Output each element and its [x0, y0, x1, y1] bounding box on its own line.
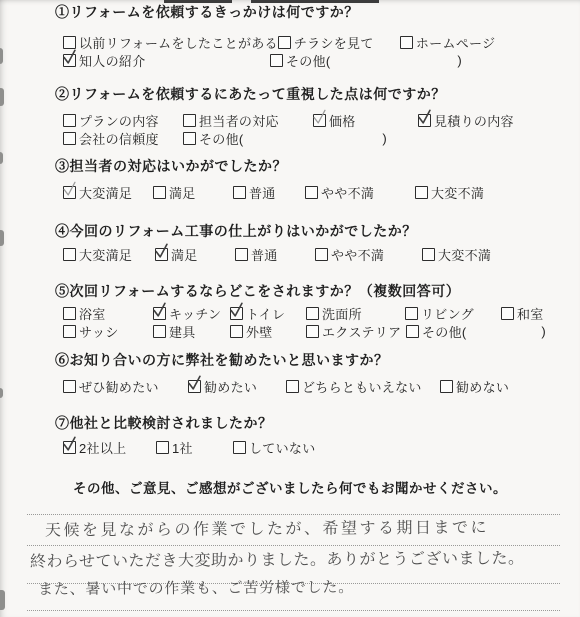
- checkbox-icon[interactable]: [315, 248, 328, 261]
- checkbox-option[interactable]: リビング: [405, 304, 501, 323]
- checkbox-icon[interactable]: [422, 248, 435, 261]
- question-title: ④今回のリフォーム工事の仕上がりはいかがでしたか？: [55, 221, 572, 241]
- checkbox-checked-icon[interactable]: [230, 307, 243, 320]
- checkbox-label: 以前リフォームをしたことがある: [79, 33, 278, 52]
- checkbox-icon[interactable]: [153, 325, 166, 338]
- checkbox-option[interactable]: 以前リフォームをしたことがある: [63, 33, 278, 52]
- checkbox-option[interactable]: 満足: [155, 245, 235, 264]
- question-title-text: 担当者の対応はいかがでしたか？: [70, 158, 288, 174]
- checkbox-option[interactable]: 大変不満: [415, 183, 515, 202]
- checkbox-icon[interactable]: [63, 132, 76, 145]
- options-row: 会社の信頼度その他(): [63, 129, 576, 148]
- checkbox-icon[interactable]: [278, 36, 291, 49]
- checkbox-icon[interactable]: [63, 325, 76, 338]
- checkbox-option[interactable]: サッシ: [63, 322, 153, 341]
- checkmark-icon: [61, 435, 79, 454]
- checkbox-label: 建具: [169, 322, 196, 341]
- checkbox-option[interactable]: 和室: [501, 304, 571, 323]
- handwritten-line: 終わらせていただき大変助かりました。ありがとうございました。: [30, 549, 525, 572]
- ruled-line: [27, 514, 560, 515]
- checkbox-option[interactable]: 担当者の対応: [183, 111, 313, 130]
- scan-artifact: [0, 88, 4, 106]
- options-row: プランの内容担当者の対応価格見積りの内容: [63, 111, 576, 130]
- checkbox-icon[interactable]: [153, 186, 166, 199]
- question-title-text: 次回リフォームするならどこをされますか？（複数回答可）: [70, 283, 461, 299]
- question-title: ⑥お知り合いの方に弊社を勧めたいと思いますか？: [55, 350, 572, 370]
- question-number: ⑥: [55, 352, 70, 368]
- questionnaire-page: ①リフォームを依頼するきっかけは何ですか？以前リフォームをしたことがあるチラシを…: [0, 0, 580, 617]
- checkbox-label: やや不満: [321, 183, 374, 202]
- question-title: ②リフォームを依頼するにあたって重視した点は何ですか？: [55, 84, 572, 104]
- checkbox-label: 満足: [171, 245, 198, 264]
- options-row: 大変満足満足普通やや不満大変不満: [63, 245, 576, 264]
- question-title: ①リフォームを依頼するきっかけは何ですか？: [55, 2, 572, 22]
- checkbox-option[interactable]: 浴室: [63, 304, 153, 323]
- checkbox-icon[interactable]: [233, 441, 246, 454]
- checkbox-label: エクステリア: [322, 322, 401, 341]
- checkbox-checked-icon[interactable]: [63, 186, 76, 199]
- checkbox-label: 大変不満: [431, 183, 484, 202]
- checkbox-icon[interactable]: [306, 325, 319, 338]
- options-row: 以前リフォームをしたことがあるチラシを見てホームページ: [63, 33, 576, 52]
- checkbox-label: 価格: [329, 111, 356, 130]
- checkbox-option[interactable]: その他(): [406, 322, 546, 341]
- scan-artifact: [0, 48, 3, 64]
- checkbox-icon[interactable]: [286, 380, 299, 393]
- checkbox-label: ぜひ勧めたい: [79, 377, 159, 396]
- options-row: サッシ建具外壁エクステリアその他(): [63, 322, 576, 341]
- checkbox-icon[interactable]: [230, 325, 243, 338]
- checkbox-label: リビング: [421, 304, 474, 323]
- question-number: ⑤: [55, 283, 70, 299]
- question-number: ④: [55, 223, 70, 239]
- checkbox-label: 和室: [517, 304, 544, 323]
- checkbox-icon[interactable]: [400, 36, 413, 49]
- checkbox-icon[interactable]: [405, 307, 418, 320]
- checkbox-option[interactable]: 価格: [313, 111, 418, 130]
- checkbox-option[interactable]: キッチン: [153, 304, 230, 323]
- ruled-line: [27, 545, 560, 546]
- checkbox-option[interactable]: 洗面所: [306, 304, 405, 323]
- checkbox-option[interactable]: 大変満足: [63, 245, 155, 264]
- checkbox-option[interactable]: 知人の紹介: [63, 51, 270, 70]
- scan-artifact: [0, 388, 3, 398]
- checkbox-option[interactable]: やや不満: [305, 183, 415, 202]
- checkbox-option[interactable]: どちらともいえない: [286, 377, 440, 396]
- checkbox-icon[interactable]: [63, 307, 76, 320]
- checkbox-label: チラシを見て: [294, 33, 374, 52]
- checkbox-option[interactable]: 大変不満: [422, 245, 522, 264]
- checkbox-option[interactable]: 大変満足: [63, 183, 153, 202]
- checkbox-label: 1社: [172, 438, 193, 457]
- checkmark-icon: [311, 108, 329, 127]
- question-title-text: リフォームを依頼するきっかけは何ですか？: [70, 4, 359, 20]
- checkbox-option[interactable]: 勧めたい: [188, 377, 286, 396]
- checkbox-checked-icon[interactable]: [313, 114, 326, 127]
- question-title-text: 他社と比較検討されましたか？: [70, 415, 273, 431]
- checkbox-label: やや不満: [331, 245, 384, 264]
- checkbox-label: 大変満足: [79, 245, 132, 264]
- checkbox-icon[interactable]: [440, 380, 453, 393]
- checkbox-label: ホームページ: [416, 33, 496, 52]
- checkbox-label: 普通: [251, 245, 278, 264]
- checkbox-label: 担当者の対応: [199, 111, 279, 130]
- checkbox-option[interactable]: 普通: [235, 245, 315, 264]
- checkmark-icon: [61, 180, 79, 199]
- checkbox-option[interactable]: エクステリア: [306, 322, 406, 341]
- close-paren: ): [457, 53, 462, 68]
- question-number: ②: [55, 86, 70, 102]
- checkbox-checked-icon[interactable]: [63, 441, 76, 454]
- options-row: 大変満足満足普通やや不満大変不満: [63, 183, 576, 202]
- checkbox-label: 大変満足: [79, 183, 132, 202]
- checkbox-option[interactable]: 建具: [153, 322, 230, 341]
- scan-artifact: [0, 230, 4, 246]
- checkbox-label: 勧めたい: [204, 377, 257, 396]
- checkbox-icon[interactable]: [63, 380, 76, 393]
- checkbox-icon[interactable]: [235, 248, 248, 261]
- checkbox-label: 満足: [169, 183, 196, 202]
- options-row: 2社以上1社していない: [63, 438, 576, 457]
- checkbox-label: トイレ: [246, 304, 285, 323]
- checkbox-label: 2社以上: [79, 438, 126, 457]
- checkbox-icon[interactable]: [415, 186, 428, 199]
- checkbox-label: 見積りの内容: [434, 111, 514, 130]
- options-row: ぜひ勧めたい勧めたいどちらともいえない勧めない: [63, 377, 576, 396]
- checkbox-checked-icon[interactable]: [155, 248, 168, 261]
- checkbox-option[interactable]: その他(): [183, 129, 387, 148]
- checkmark-icon: [151, 301, 169, 320]
- checkbox-option[interactable]: 勧めない: [440, 377, 540, 396]
- checkmark-icon: [228, 301, 246, 320]
- question-title-text: リフォームを依頼するにあたって重視した点は何ですか？: [70, 86, 446, 102]
- checkbox-label: プランの内容: [79, 111, 159, 130]
- checkbox-option[interactable]: 会社の信頼度: [63, 129, 183, 148]
- close-paren: ): [541, 324, 546, 339]
- ruled-line: [27, 610, 560, 611]
- checkbox-option[interactable]: プランの内容: [63, 111, 183, 130]
- checkbox-checked-icon[interactable]: [153, 307, 166, 320]
- checkbox-label: 浴室: [79, 304, 106, 323]
- question-title-text: お知り合いの方に弊社を勧めたいと思いますか？: [70, 352, 389, 368]
- comments-prompt: その他、ご意見、ご感想がございましたら何でもお聞かせください。: [0, 477, 580, 497]
- scan-artifact: [0, 152, 3, 164]
- checkbox-label: 洗面所: [322, 304, 362, 323]
- checkbox-label: サッシ: [79, 322, 119, 341]
- checkbox-option[interactable]: 1社: [156, 438, 233, 457]
- checkbox-option[interactable]: 外壁: [230, 322, 306, 341]
- checkbox-icon[interactable]: [306, 307, 319, 320]
- checkbox-option[interactable]: 満足: [153, 183, 233, 202]
- checkbox-option[interactable]: 2社以上: [63, 438, 156, 457]
- checkmark-icon: [61, 48, 79, 67]
- checkbox-icon[interactable]: [63, 114, 76, 127]
- checkbox-icon[interactable]: [183, 132, 196, 145]
- checkbox-option[interactable]: やや不満: [315, 245, 422, 264]
- question-number: ①: [55, 4, 70, 20]
- checkbox-icon[interactable]: [270, 54, 283, 67]
- checkbox-option[interactable]: その他(): [270, 51, 462, 70]
- checkbox-icon[interactable]: [305, 186, 318, 199]
- checkbox-label: その他(: [199, 129, 244, 148]
- checkbox-label: 普通: [249, 183, 276, 202]
- options-row: 浴室キッチントイレ洗面所リビング和室: [63, 304, 576, 323]
- checkbox-option[interactable]: していない: [233, 438, 343, 457]
- question-title-text: 今回のリフォーム工事の仕上がりはいかがでしたか？: [70, 223, 417, 239]
- checkbox-checked-icon[interactable]: [188, 380, 201, 393]
- checkbox-label: 知人の紹介: [79, 51, 146, 70]
- checkmark-icon: [416, 108, 434, 127]
- checkbox-icon[interactable]: [501, 307, 514, 320]
- question-number: ⑦: [55, 415, 70, 431]
- checkbox-label: キッチン: [169, 304, 221, 323]
- question-title: ⑦他社と比較検討されましたか？: [55, 413, 572, 433]
- checkbox-checked-icon[interactable]: [418, 114, 431, 127]
- question-title: ⑤次回リフォームするならどこをされますか？（複数回答可）: [55, 281, 572, 301]
- options-row: 知人の紹介その他(): [63, 51, 576, 70]
- checkbox-option[interactable]: トイレ: [230, 304, 306, 323]
- checkbox-icon[interactable]: [233, 186, 246, 199]
- checkbox-label: 会社の信頼度: [79, 129, 159, 148]
- checkbox-label: 勧めない: [456, 377, 509, 396]
- checkbox-option[interactable]: ホームページ: [400, 33, 520, 52]
- close-paren: ): [382, 131, 387, 146]
- checkbox-checked-icon[interactable]: [63, 54, 76, 67]
- question-title: ③担当者の対応はいかがでしたか？: [55, 156, 572, 176]
- checkbox-icon[interactable]: [406, 325, 419, 338]
- checkbox-label: その他(: [422, 322, 467, 341]
- checkbox-option[interactable]: ぜひ勧めたい: [63, 377, 188, 396]
- checkbox-label: その他(: [286, 51, 331, 70]
- checkbox-option[interactable]: 普通: [233, 183, 305, 202]
- checkbox-label: 外壁: [246, 322, 273, 341]
- checkbox-option[interactable]: 見積りの内容: [418, 111, 548, 130]
- checkbox-label: どちらともいえない: [302, 377, 422, 396]
- checkbox-icon[interactable]: [63, 248, 76, 261]
- checkmark-icon: [153, 242, 171, 261]
- question-number: ③: [55, 158, 70, 174]
- handwritten-line: 天候を見ながらの作業でしたが、希望する期日までに: [45, 518, 489, 540]
- scan-artifact: [0, 590, 5, 610]
- checkbox-option[interactable]: チラシを見て: [278, 33, 400, 52]
- checkbox-icon[interactable]: [183, 114, 196, 127]
- checkbox-icon[interactable]: [156, 441, 169, 454]
- checkbox-label: 大変不満: [438, 245, 491, 264]
- checkmark-icon: [186, 374, 204, 393]
- handwritten-line: また、暑い中での作業も、ご苦労様でした。: [38, 579, 354, 599]
- checkbox-label: していない: [249, 438, 316, 457]
